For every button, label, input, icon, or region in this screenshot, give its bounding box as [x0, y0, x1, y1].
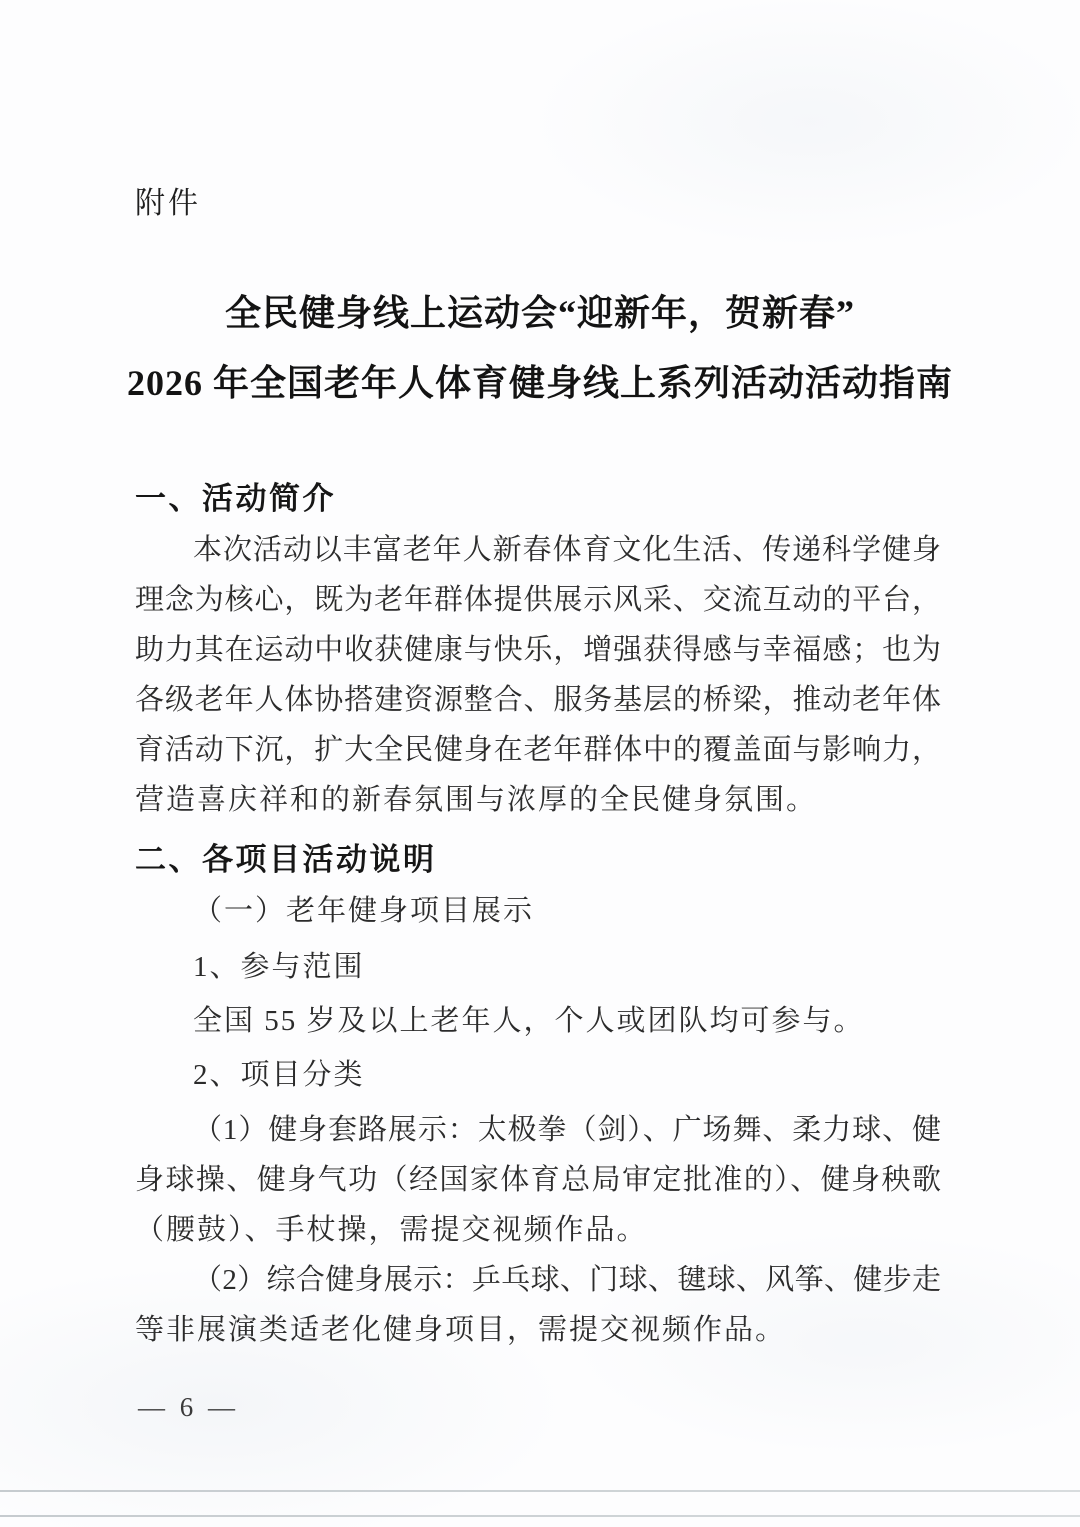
paragraph-line: （2）综合健身展示：乒乓球、门球、毽球、风筝、健步走: [135, 1255, 941, 1305]
document-title-line-1: 全民健身线上运动会“迎新年，贺新春”: [0, 285, 1080, 336]
paragraph-line: （1）健身套路展示：太极拳（剑）、广场舞、柔力球、健: [135, 1105, 941, 1155]
paragraph-line: 理念为核心，既为老年群体提供展示风采、交流互动的平台，: [135, 575, 941, 625]
document-title-line-2: 2026 年全国老年人体育健身线上系列活动活动指南: [0, 355, 1080, 406]
category-2-paragraph: （2）综合健身展示：乒乓球、门球、毽球、风筝、健步走 等非展演类适老化健身项目，…: [135, 1255, 941, 1355]
paragraph-line: 助力其在运动中收获健康与快乐，增强获得感与幸福感；也为: [135, 625, 941, 675]
section-2-heading: 二、各项目活动说明: [135, 834, 437, 879]
page-number: — 6 —: [138, 1392, 239, 1423]
paragraph-line: 本次活动以丰富老年人新春体育文化生活、传递科学健身: [135, 525, 941, 575]
subsection-1-heading: （一）老年健身项目展示: [135, 888, 999, 929]
paragraph-line: 育活动下沉，扩大全民健身在老年群体中的覆盖面与影响力，: [135, 725, 941, 775]
paragraph-line: （腰鼓）、手杖操，需提交视频作品。: [135, 1205, 941, 1255]
scan-edge-line-bottom: [0, 1515, 1080, 1517]
paragraph-line: 身球操、健身气功（经国家体育总局审定批准的）、健身秧歌: [135, 1155, 941, 1205]
paragraph-line: 各级老年人体协搭建资源整合、服务基层的桥梁，推动老年体: [135, 675, 941, 725]
item-2-heading: 2、项目分类: [135, 1052, 999, 1093]
scan-edge-line-top: [0, 1490, 1080, 1492]
item-1-heading: 1、参与范围: [135, 944, 999, 985]
section-1-heading: 一、活动简介: [135, 473, 336, 518]
paragraph-line: 营造喜庆祥和的新春氛围与浓厚的全民健身氛围。: [135, 775, 941, 825]
paragraph-line: 等非展演类适老化健身项目，需提交视频作品。: [135, 1305, 941, 1355]
category-1-paragraph: （1）健身套路展示：太极拳（剑）、广场舞、柔力球、健 身球操、健身气功（经国家体…: [135, 1105, 941, 1255]
document-page: 附件 全民健身线上运动会“迎新年，贺新春” 2026 年全国老年人体育健身线上系…: [0, 0, 1080, 1527]
attachment-label: 附件: [135, 178, 201, 222]
section-1-paragraph: 本次活动以丰富老年人新春体育文化生活、传递科学健身 理念为核心，既为老年群体提供…: [135, 525, 941, 825]
item-1-text: 全国 55 岁及以上老年人，个人或团队均可参与。: [135, 998, 999, 1039]
